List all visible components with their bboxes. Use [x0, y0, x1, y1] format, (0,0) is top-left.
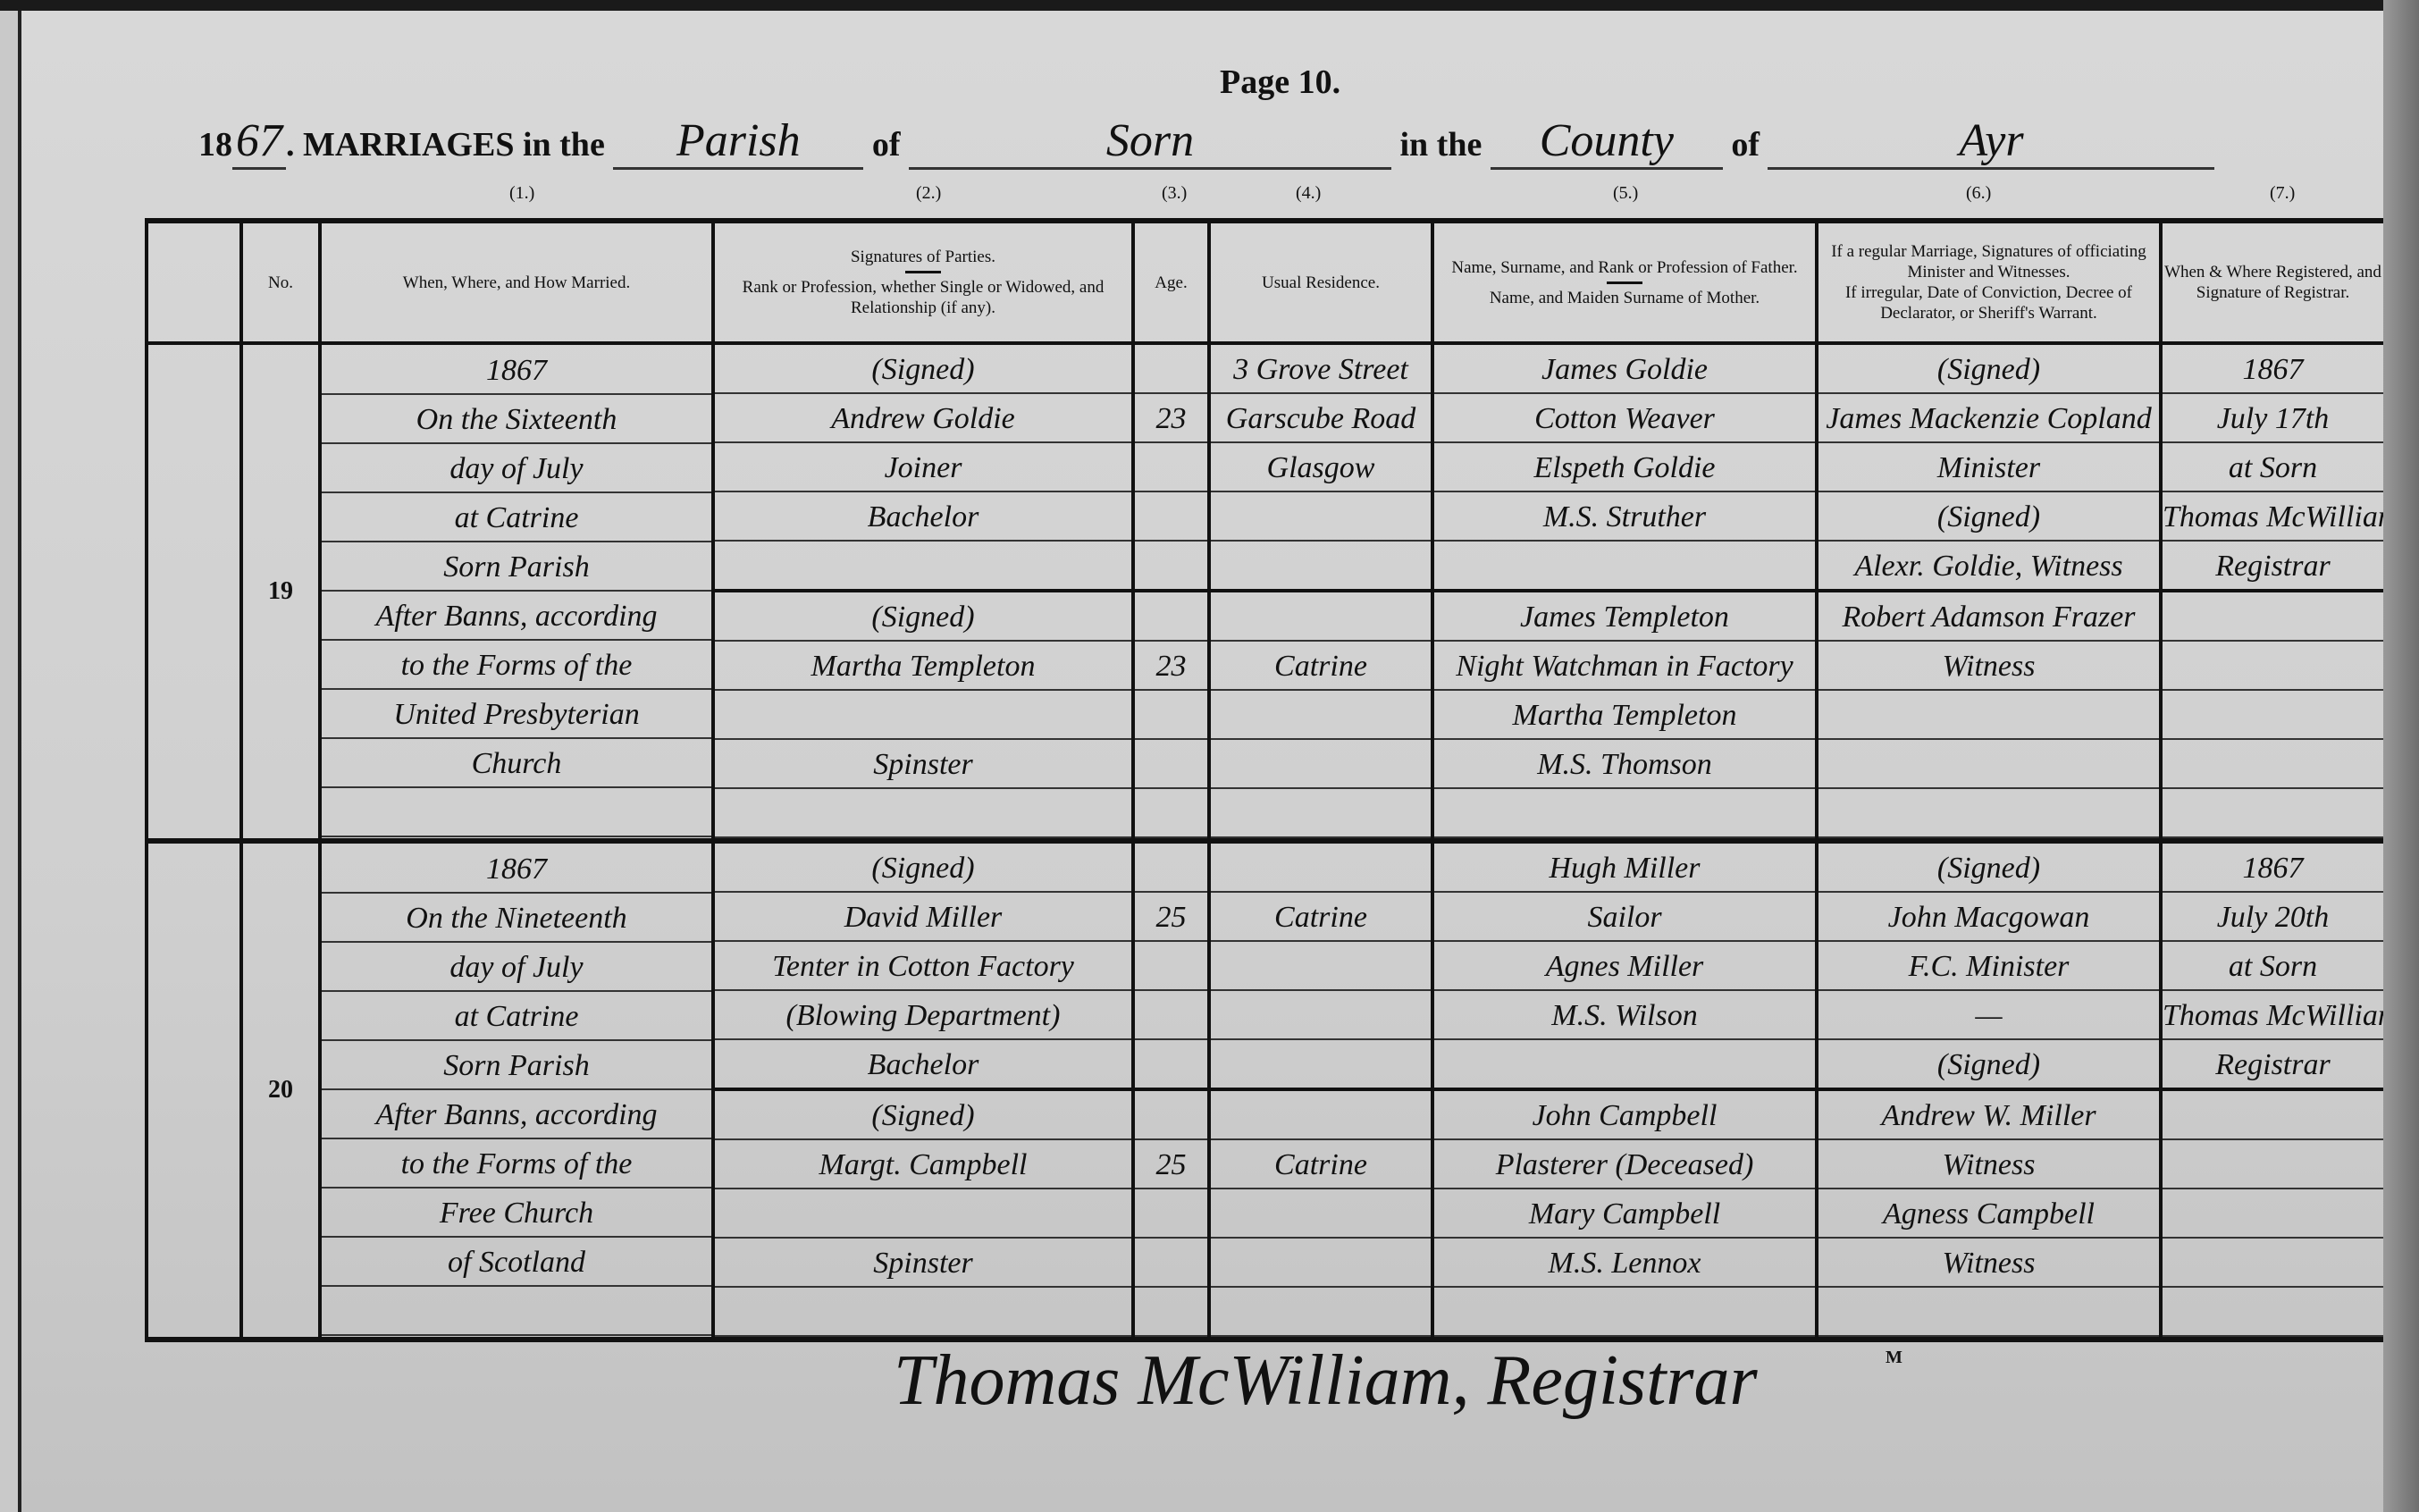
- col-header-parents: Name, Surname, and Rank or Profession of…: [1432, 221, 1817, 343]
- parties-header-line2: Rank or Profession, whether Single or Wi…: [743, 278, 1105, 317]
- handwritten-line: M.S. Thomson: [1434, 740, 1815, 789]
- handwritten-line: [1211, 942, 1431, 991]
- handwritten-line: Sorn Parish: [322, 1041, 711, 1090]
- minister-header-line1: If a regular Marriage, Signatures of off…: [1831, 242, 2146, 281]
- handwritten-line: (Signed): [1818, 345, 2159, 394]
- cell-residence: CatrineCatrine: [1209, 841, 1432, 1340]
- handwritten-line: Margt. Campbell: [715, 1140, 1131, 1189]
- handwritten-line: 25: [1135, 893, 1207, 942]
- cell-age: 2525: [1133, 841, 1209, 1340]
- cell-minister: (Signed)James Mackenzie CoplandMinister(…: [1817, 343, 2161, 841]
- handwritten-line: [2163, 592, 2383, 642]
- column-number: (2.): [916, 183, 941, 204]
- handwritten-line: [1135, 691, 1207, 740]
- handwritten-line: [1211, 1239, 1431, 1288]
- handwritten-line: Free Church: [322, 1189, 711, 1238]
- handwritten-line: 25: [1135, 1140, 1207, 1189]
- cell-minister: (Signed)John MacgowanF.C. Minister—(Sign…: [1817, 841, 2161, 1340]
- handwritten-line: at Sorn: [2163, 942, 2383, 991]
- handwritten-line: Witness: [1818, 642, 2159, 691]
- handwritten-line: Witness: [1818, 1239, 2159, 1288]
- handwritten-line: Andrew Goldie: [715, 394, 1131, 443]
- margin-cell: [147, 841, 241, 1340]
- col-header-no: No.: [241, 221, 320, 343]
- margin-header: [147, 221, 241, 343]
- parties-header-line1: Signatures of Parties.: [851, 248, 995, 266]
- handwritten-line: M.S. Lennox: [1434, 1239, 1815, 1288]
- handwritten-line: [322, 788, 711, 837]
- handwritten-line: [1211, 492, 1431, 542]
- column-numbers: (1.) (2.) (3.) (4.) (5.) (6.) (7.): [0, 183, 2419, 210]
- registrar-signature: Thomas McWilliam, Registrar: [894, 1340, 1758, 1422]
- handwritten-line: Alexr. Goldie, Witness: [1818, 542, 2159, 592]
- handwritten-line: [1818, 691, 2159, 740]
- cell-when-where: 1867On the Sixteenthday of Julyat Catrin…: [320, 343, 713, 841]
- scan-right-edge: [2383, 0, 2419, 1512]
- handwritten-line: Plasterer (Deceased): [1434, 1140, 1815, 1189]
- handwritten-line: Church: [322, 739, 711, 788]
- handwritten-line: M.S. Struther: [1434, 492, 1815, 542]
- handwritten-line: Registrar: [2163, 542, 2383, 592]
- handwritten-line: [1135, 592, 1207, 642]
- handwritten-line: Bachelor: [715, 492, 1131, 542]
- cell-residence: 3 Grove StreetGarscube RoadGlasgowCatrin…: [1209, 343, 1432, 841]
- handwritten-line: at Catrine: [322, 992, 711, 1041]
- handwritten-line: [2163, 1091, 2383, 1140]
- col-header-registered: When & Where Registered, and Signature o…: [2161, 221, 2383, 343]
- year-suffix: 67: [232, 114, 286, 170]
- handwritten-line: [715, 691, 1131, 740]
- district-type: Parish: [613, 114, 863, 170]
- handwritten-line: James Templeton: [1434, 592, 1815, 642]
- handwritten-line: of Scotland: [322, 1238, 711, 1287]
- handwritten-line: James Mackenzie Copland: [1818, 394, 2159, 443]
- handwritten-line: Garscube Road: [1211, 394, 1431, 443]
- handwritten-line: Elspeth Goldie: [1434, 443, 1815, 492]
- handwritten-line: [322, 1287, 711, 1336]
- handwritten-line: Catrine: [1211, 1140, 1431, 1189]
- handwritten-line: [715, 789, 1131, 838]
- handwritten-line: M.S. Wilson: [1434, 991, 1815, 1040]
- margin-cell: [147, 343, 241, 841]
- handwritten-line: [1135, 1040, 1207, 1091]
- column-number: (7.): [2270, 183, 2295, 204]
- handwritten-line: (Signed): [715, 844, 1131, 893]
- handwritten-line: Thomas McWilliam: [2163, 991, 2383, 1040]
- col-header-minister: If a regular Marriage, Signatures of off…: [1817, 221, 2161, 343]
- handwritten-line: United Presbyterian: [322, 690, 711, 739]
- cell-parties: (Signed)David MillerTenter in Cotton Fac…: [713, 841, 1133, 1340]
- handwritten-line: Hugh Miller: [1434, 844, 1815, 893]
- handwritten-line: Bachelor: [715, 1040, 1131, 1091]
- handwritten-line: [1211, 789, 1431, 838]
- handwritten-line: [1434, 1288, 1815, 1337]
- handwritten-line: Agness Campbell: [1818, 1189, 2159, 1239]
- column-number: (5.): [1613, 183, 1638, 204]
- handwritten-line: 23: [1135, 642, 1207, 691]
- parents-header-line2: Name, and Maiden Surname of Mother.: [1490, 289, 1760, 307]
- page-mark: M: [1886, 1348, 1902, 1368]
- handwritten-line: (Signed): [1818, 844, 2159, 893]
- parents-header-line1: Name, Surname, and Rank or Profession of…: [1451, 258, 1797, 277]
- col-header-when-where: When, Where, and How Married.: [320, 221, 713, 343]
- handwritten-line: Witness: [1818, 1140, 2159, 1189]
- handwritten-line: July 17th: [2163, 394, 2383, 443]
- district-name: Sorn: [909, 114, 1391, 170]
- in-the-label: in the: [1399, 126, 1482, 164]
- handwritten-line: [1434, 1040, 1815, 1091]
- cell-registered: 1867July 20that SornThomas McWilliamRegi…: [2161, 841, 2383, 1340]
- handwritten-line: [1211, 1189, 1431, 1239]
- handwritten-line: day of July: [322, 444, 711, 493]
- handwritten-line: [1211, 542, 1431, 592]
- col-header-residence: Usual Residence.: [1209, 221, 1432, 343]
- entry-row: 191867On the Sixteenthday of Julyat Catr…: [147, 343, 2383, 841]
- handwritten-line: [2163, 1140, 2383, 1189]
- county-label: County: [1491, 114, 1723, 170]
- handwritten-line: James Goldie: [1434, 345, 1815, 394]
- col-header-age: Age.: [1133, 221, 1209, 343]
- handwritten-line: Spinster: [715, 740, 1131, 789]
- handwritten-line: On the Sixteenth: [322, 395, 711, 444]
- handwritten-line: [1434, 542, 1815, 592]
- handwritten-line: 1867: [2163, 844, 2383, 893]
- handwritten-line: F.C. Minister: [1818, 942, 2159, 991]
- handwritten-line: Robert Adamson Frazer: [1818, 592, 2159, 642]
- handwritten-line: (Signed): [1818, 1040, 2159, 1091]
- cell-parents: Hugh MillerSailorAgnes MillerM.S. Wilson…: [1432, 841, 1817, 1340]
- register-title: 1867. MARRIAGES in the Parish of Sorn in…: [198, 114, 2214, 170]
- handwritten-line: [1135, 1288, 1207, 1337]
- marriage-register-table: No. When, Where, and How Married. Signat…: [145, 218, 2383, 1342]
- handwritten-line: John Macgowan: [1818, 893, 2159, 942]
- handwritten-line: [2163, 740, 2383, 789]
- entry-row: 201867On the Nineteenthday of Julyat Cat…: [147, 841, 2383, 1340]
- handwritten-line: [1434, 789, 1815, 838]
- handwritten-line: 23: [1135, 394, 1207, 443]
- handwritten-line: [715, 542, 1131, 592]
- of-label-1: of: [872, 126, 901, 164]
- cell-parents: James GoldieCotton WeaverElspeth GoldieM…: [1432, 343, 1817, 841]
- handwritten-line: [2163, 642, 2383, 691]
- handwritten-line: Sailor: [1434, 893, 1815, 942]
- handwritten-line: [1135, 991, 1207, 1040]
- entry-number: 19: [241, 343, 320, 841]
- handwritten-line: [1135, 443, 1207, 492]
- column-number: (3.): [1162, 183, 1187, 204]
- handwritten-line: [2163, 1288, 2383, 1337]
- handwritten-line: [1818, 789, 2159, 838]
- handwritten-line: (Signed): [1818, 492, 2159, 542]
- handwritten-line: Minister: [1818, 443, 2159, 492]
- handwritten-line: After Banns, according: [322, 1090, 711, 1139]
- county-name: Ayr: [1768, 114, 2214, 170]
- handwritten-line: Tenter in Cotton Factory: [715, 942, 1131, 991]
- handwritten-line: [1818, 1288, 2159, 1337]
- handwritten-line: After Banns, according: [322, 592, 711, 641]
- col-header-parties: Signatures of Parties.Rank or Profession…: [713, 221, 1133, 343]
- handwritten-line: (Blowing Department): [715, 991, 1131, 1040]
- title-marriages: . MARRIAGES in the: [286, 126, 605, 164]
- handwritten-line: day of July: [322, 943, 711, 992]
- page-number: Page 10.: [1220, 63, 1340, 102]
- column-number: (6.): [1966, 183, 1991, 204]
- handwritten-line: Spinster: [715, 1239, 1131, 1288]
- handwritten-line: Sorn Parish: [322, 542, 711, 592]
- handwritten-line: to the Forms of the: [322, 641, 711, 690]
- handwritten-line: [1818, 740, 2159, 789]
- handwritten-line: [1135, 542, 1207, 592]
- handwritten-line: Martha Templeton: [715, 642, 1131, 691]
- handwritten-line: On the Nineteenth: [322, 894, 711, 943]
- handwritten-line: [1135, 1091, 1207, 1140]
- handwritten-line: (Signed): [715, 1091, 1131, 1140]
- handwritten-line: John Campbell: [1434, 1091, 1815, 1140]
- handwritten-line: 1867: [322, 844, 711, 894]
- handwritten-line: at Catrine: [322, 493, 711, 542]
- handwritten-line: [715, 1288, 1131, 1337]
- handwritten-line: 1867: [322, 346, 711, 395]
- handwritten-line: Cotton Weaver: [1434, 394, 1815, 443]
- handwritten-line: (Signed): [715, 345, 1131, 394]
- handwritten-line: [2163, 1239, 2383, 1288]
- handwritten-line: —: [1818, 991, 2159, 1040]
- year-prefix: 18: [198, 126, 232, 164]
- handwritten-line: (Signed): [715, 592, 1131, 642]
- handwritten-line: Thomas McWilliam: [2163, 492, 2383, 542]
- handwritten-line: [715, 1189, 1131, 1239]
- cell-parties: (Signed)Andrew GoldieJoinerBachelor(Sign…: [713, 343, 1133, 841]
- handwritten-line: [1211, 691, 1431, 740]
- handwritten-line: [2163, 789, 2383, 838]
- handwritten-line: 3 Grove Street: [1211, 345, 1431, 394]
- handwritten-line: [1211, 844, 1431, 893]
- of-label-2: of: [1731, 126, 1760, 164]
- handwritten-line: [1135, 345, 1207, 394]
- handwritten-line: [1135, 789, 1207, 838]
- header-row: No. When, Where, and How Married. Signat…: [147, 221, 2383, 343]
- handwritten-line: Mary Campbell: [1434, 1189, 1815, 1239]
- handwritten-line: Night Watchman in Factory: [1434, 642, 1815, 691]
- entry-number: 20: [241, 841, 320, 1340]
- handwritten-line: at Sorn: [2163, 443, 2383, 492]
- column-number: (1.): [509, 183, 534, 204]
- handwritten-line: [2163, 691, 2383, 740]
- handwritten-line: Catrine: [1211, 642, 1431, 691]
- handwritten-line: David Miller: [715, 893, 1131, 942]
- handwritten-line: [1135, 1189, 1207, 1239]
- scan-top-border: [0, 0, 2419, 11]
- handwritten-line: [1135, 492, 1207, 542]
- handwritten-line: [1211, 1288, 1431, 1337]
- handwritten-line: [1135, 1239, 1207, 1288]
- cell-age: 2323: [1133, 343, 1209, 841]
- handwritten-line: [1211, 1091, 1431, 1140]
- handwritten-line: [2163, 1189, 2383, 1239]
- handwritten-line: to the Forms of the: [322, 1139, 711, 1189]
- handwritten-line: Joiner: [715, 443, 1131, 492]
- handwritten-line: [1211, 740, 1431, 789]
- column-number: (4.): [1296, 183, 1321, 204]
- handwritten-line: Catrine: [1211, 893, 1431, 942]
- handwritten-line: Glasgow: [1211, 443, 1431, 492]
- minister-header-line2: If irregular, Date of Conviction, Decree…: [1845, 283, 2132, 323]
- handwritten-line: [1135, 844, 1207, 893]
- handwritten-line: July 20th: [2163, 893, 2383, 942]
- handwritten-line: Agnes Miller: [1434, 942, 1815, 991]
- handwritten-line: [1211, 1040, 1431, 1091]
- handwritten-line: [1135, 740, 1207, 789]
- handwritten-line: [1211, 991, 1431, 1040]
- handwritten-line: Registrar: [2163, 1040, 2383, 1091]
- handwritten-line: [1211, 592, 1431, 642]
- cell-registered: 1867July 17that SornThomas McWilliamRegi…: [2161, 343, 2383, 841]
- cell-when-where: 1867On the Nineteenthday of Julyat Catri…: [320, 841, 713, 1340]
- handwritten-line: Martha Templeton: [1434, 691, 1815, 740]
- handwritten-line: Andrew W. Miller: [1818, 1091, 2159, 1140]
- handwritten-line: [1135, 942, 1207, 991]
- handwritten-line: 1867: [2163, 345, 2383, 394]
